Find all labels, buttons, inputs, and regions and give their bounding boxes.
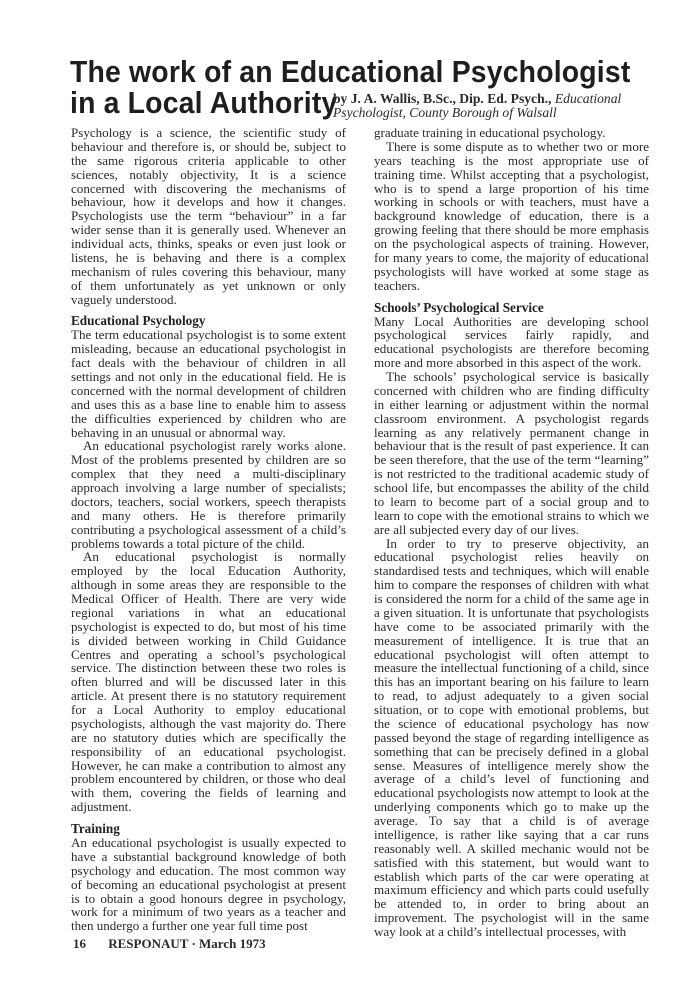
paragraph: An educational psychologist is normally … (71, 550, 346, 814)
paragraph: An educational psychologist is usually e… (71, 836, 346, 933)
paragraph-continuation: graduate training in educational psychol… (374, 126, 649, 140)
article-title-line-1: The work of an Educational Psychologist (70, 55, 630, 89)
section-heading-educational-psychology: Educational Psychology (71, 314, 346, 328)
left-column: Psychology is a science, the scientific … (71, 126, 346, 933)
section-heading-schools-psychological-service: Schools’ Psychological Service (374, 301, 649, 315)
paragraph: Many Local Authorities are developing sc… (374, 315, 649, 371)
publication-info: RESPONAUT · March 1973 (108, 936, 265, 951)
paragraph: The schools’ psychological service is ba… (374, 370, 649, 537)
paragraph: There is some dispute as to whether two … (374, 140, 649, 293)
right-column: graduate training in educational psychol… (374, 126, 649, 939)
intro-paragraph: Psychology is a science, the scientific … (71, 126, 346, 306)
paragraph: The term educational psychologist is to … (71, 328, 346, 439)
paragraph: In order to try to preserve objectivity,… (374, 537, 649, 939)
author-credentials: by J. A. Wallis, B.Sc., Dip. Ed. Psych., (333, 91, 551, 106)
byline: by J. A. Wallis, B.Sc., Dip. Ed. Psych.,… (333, 92, 653, 120)
section-heading-training: Training (71, 822, 346, 836)
page-number: 16 (73, 936, 105, 952)
paragraph: An educational psychologist rarely works… (71, 439, 346, 550)
page-footer: 16 RESPONAUT · March 1973 (73, 936, 266, 952)
